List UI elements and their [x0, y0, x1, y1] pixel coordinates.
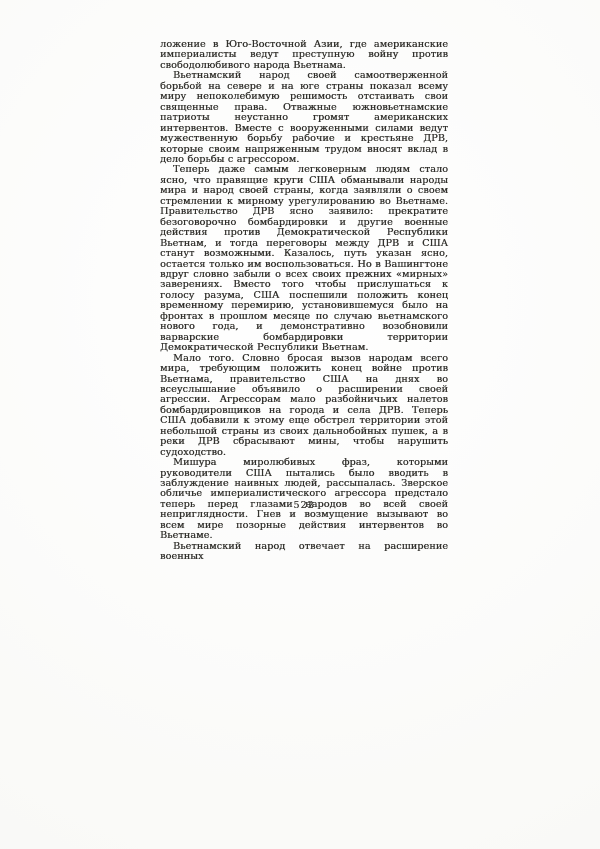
page-text: ложение в Юго-Восточной Азии, где америк…	[160, 40, 448, 563]
paragraph: Мало того. Словно бросая вызов народам в…	[160, 354, 448, 459]
paragraph: Вьетнамский народ отвечает на расширение…	[160, 542, 448, 563]
paragraph: ложение в Юго-Восточной Азии, где америк…	[160, 40, 448, 71]
paragraph: Теперь даже самым легковерным людям стал…	[160, 165, 448, 353]
paragraph: Вьетнамский народ своей самоотверженной …	[160, 71, 448, 165]
page-number: 522	[160, 500, 448, 511]
book-page: ложение в Юго-Восточной Азии, где америк…	[0, 0, 600, 849]
